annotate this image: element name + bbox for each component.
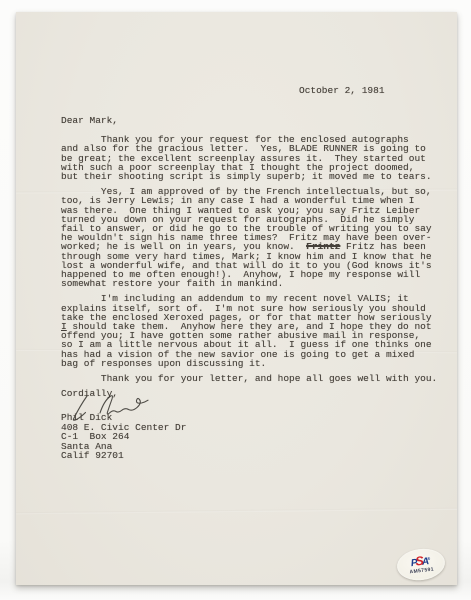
paragraph-2: Yes, I am approved of by the French inte…: [61, 187, 451, 288]
paragraph-3-text: should take them. Anyhow here they are, …: [61, 321, 432, 369]
signer-name-and-address: Phil Dick 408 E. Civic Center Dr C-1 Box…: [61, 413, 186, 461]
letter-body: Dear Mark, Thank you for your request fo…: [61, 116, 451, 404]
psa-authentication-sticker: PSA® AM57591: [395, 546, 446, 583]
salutation: Dear Mark,: [61, 116, 451, 125]
paragraph-3: I'm including an addendum to my recent n…: [61, 294, 451, 368]
closing-line: Thank you for your letter, and hope all …: [61, 374, 451, 383]
paragraph-3-text: I'm including an addendum to my recent n…: [61, 293, 432, 322]
letter-date: October 2, 1981: [299, 86, 385, 95]
photo-of-letter: October 2, 1981 Dear Mark, Thank you for…: [0, 0, 471, 600]
paragraph-1: Thank you for your request for the enclo…: [61, 135, 451, 181]
letter-page: October 2, 1981 Dear Mark, Thank you for…: [16, 12, 457, 585]
psa-logo-icon: PSA®: [410, 554, 431, 570]
psa-letter-s: S: [415, 554, 423, 569]
paper-crease: [16, 508, 457, 515]
